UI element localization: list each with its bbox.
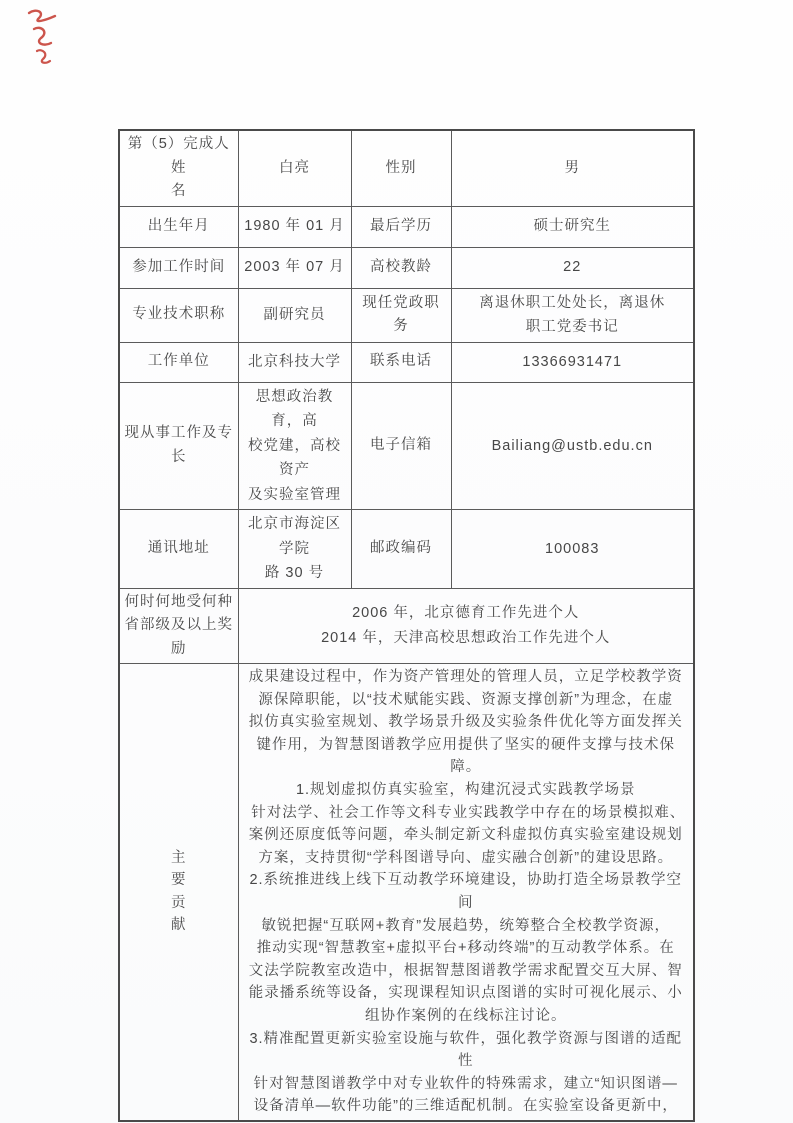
field-postal-code-value: 100083 [451,510,694,589]
table-row-contribution: 主 要 贡 献 成果建设过程中，作为资产管理处的管理人员，立足学校教学资 源保障… [119,664,694,1121]
personnel-info-table: 第（5）完成人姓 名 白亮 性别 男 出生年月 1980 年 01 月 最后学历… [118,129,695,1122]
field-employer-value: 北京科技大学 [238,342,351,382]
field-awards-label: 何时何地受何种 省部级及以上奖 励 [119,588,238,664]
field-address-label: 通讯地址 [119,510,238,589]
field-main-contribution-label: 主 要 贡 献 [119,664,238,1121]
field-party-position-label: 现任党政职务 [351,288,451,342]
table-row-awards: 何时何地受何种 省部级及以上奖 励 2006 年，北京德育工作先进个人 2014… [119,588,694,664]
field-email-label: 电子信箱 [351,382,451,510]
field-awards-value: 2006 年，北京德育工作先进个人 2014 年，天津高校思想政治工作先进个人 [238,588,694,664]
field-main-contribution-value: 成果建设过程中，作为资产管理处的管理人员，立足学校教学资 源保障职能，以“技术赋… [238,664,694,1121]
field-teaching-years-value: 22 [451,247,694,288]
field-postal-code-label: 邮政编码 [351,510,451,589]
field-party-position-value: 离退休职工处处长，离退休 职工党委书记 [451,288,694,342]
field-phone-label: 联系电话 [351,342,451,382]
table-row: 参加工作时间 2003 年 07 月 高校教龄 22 [119,247,694,288]
field-employer-label: 工作单位 [119,342,238,382]
scanned-document-page: 第（5）完成人姓 名 白亮 性别 男 出生年月 1980 年 01 月 最后学历… [0,0,793,1123]
field-address-value: 北京市海淀区学院 路 30 号 [238,510,351,589]
red-pen-marks-icon [24,5,64,69]
field-birth-date-label: 出生年月 [119,206,238,247]
field-professional-title-value: 副研究员 [238,288,351,342]
field-current-work-value: 思想政治教育，高 校党建，高校资产 及实验室管理 [238,382,351,510]
field-final-degree-label: 最后学历 [351,206,451,247]
field-person-name-value: 白亮 [238,130,351,206]
field-professional-title-label: 专业技术职称 [119,288,238,342]
table-row: 专业技术职称 副研究员 现任党政职务 离退休职工处处长，离退休 职工党委书记 [119,288,694,342]
table-row: 第（5）完成人姓 名 白亮 性别 男 [119,130,694,206]
field-birth-date-value: 1980 年 01 月 [238,206,351,247]
table-row: 出生年月 1980 年 01 月 最后学历 硕士研究生 [119,206,694,247]
field-email-value: Bailiang@ustb.edu.cn [451,382,694,510]
field-phone-value: 13366931471 [451,342,694,382]
field-work-start-value: 2003 年 07 月 [238,247,351,288]
field-work-start-label: 参加工作时间 [119,247,238,288]
table-row: 工作单位 北京科技大学 联系电话 13366931471 [119,342,694,382]
field-final-degree-value: 硕士研究生 [451,206,694,247]
field-current-work-label: 现从事工作及专 长 [119,382,238,510]
field-person-name-label: 第（5）完成人姓 名 [119,130,238,206]
field-gender-label: 性别 [351,130,451,206]
field-teaching-years-label: 高校教龄 [351,247,451,288]
table-row: 通讯地址 北京市海淀区学院 路 30 号 邮政编码 100083 [119,510,694,589]
field-gender-value: 男 [451,130,694,206]
table-row: 现从事工作及专 长 思想政治教育，高 校党建，高校资产 及实验室管理 电子信箱 … [119,382,694,510]
